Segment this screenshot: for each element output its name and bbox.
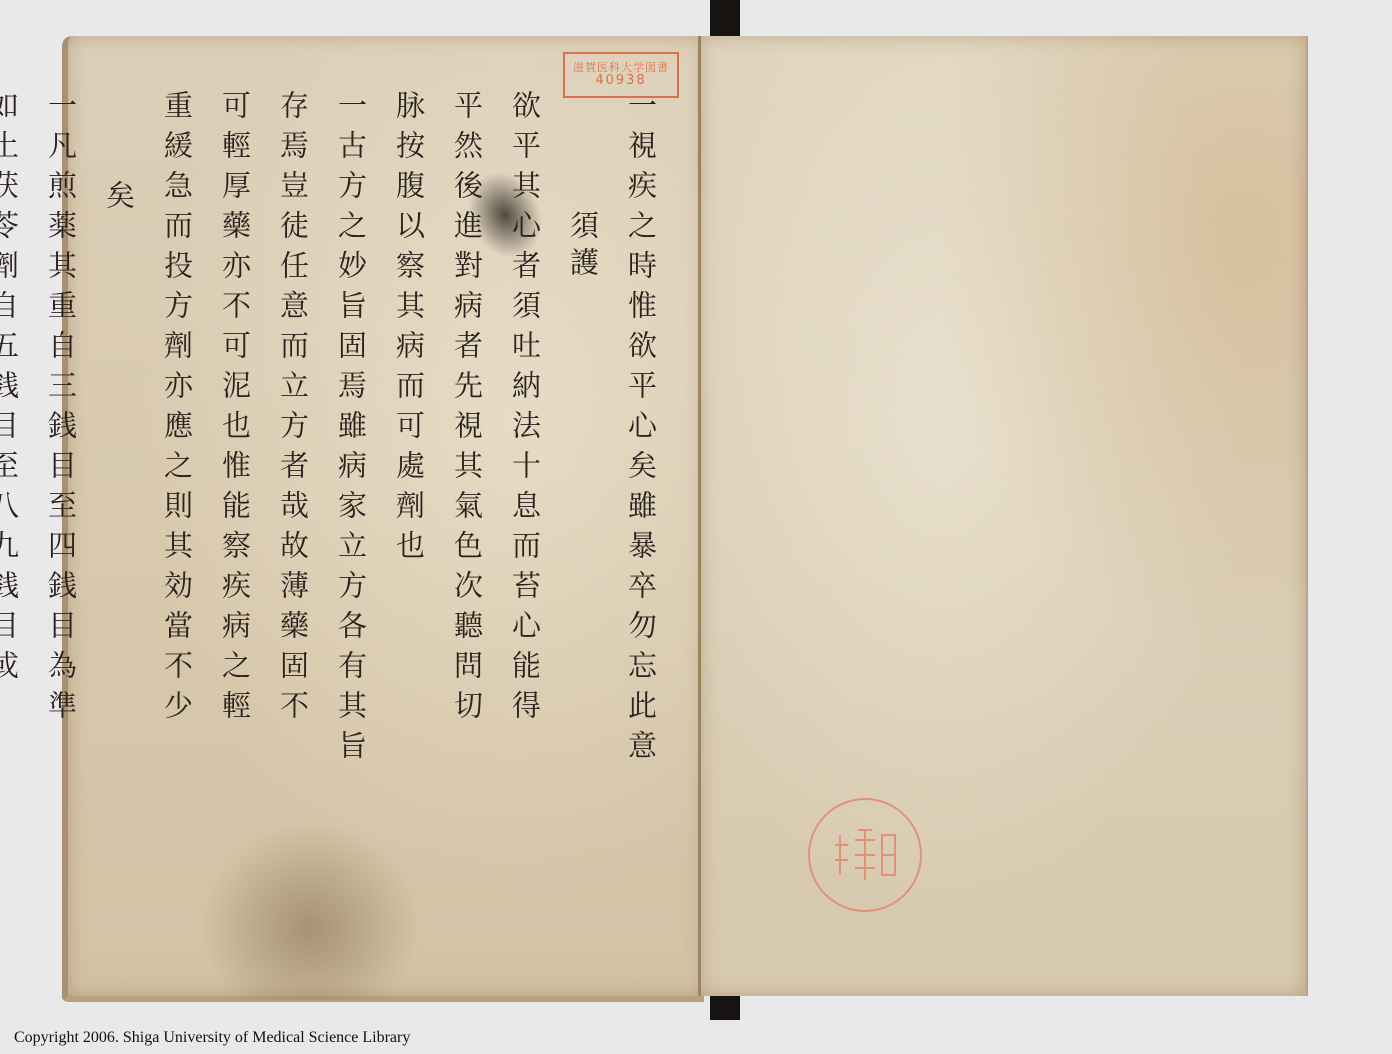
text-column: 可輕厚藥亦不可泥也惟能察疾病之輕	[206, 90, 264, 970]
copyright-caption: Copyright 2006. Shiga University of Medi…	[14, 1029, 410, 1047]
right-page	[700, 36, 1308, 996]
text-column: 如土茯苓劑自五銭目至八九銭目或	[0, 90, 32, 970]
text-column: 存焉豈徒任意而立方者哉故薄藥固不	[264, 90, 322, 970]
section-title: 須護	[554, 90, 612, 970]
text-column: 脉按腹以察其病而可處劑也	[380, 90, 438, 970]
text-column: 一古方之妙旨固焉雖病家立方各有其旨	[322, 90, 380, 970]
text-column: 一凡煎薬其重自三銭目至四銭目為準	[32, 90, 90, 970]
text-column: 平然後進對病者先視其氣色次聽問切	[438, 90, 496, 970]
seal-glyph-icon	[830, 820, 900, 890]
text-column: 矣	[90, 90, 148, 970]
vertical-text-body: 一視疾之時惟欲平心矣雖暴卒勿忘此意 須護 欲平其心者須吐納法十息而苔心能得 平然…	[70, 90, 670, 970]
text-column: 一視疾之時惟欲平心矣雖暴卒勿忘此意	[612, 90, 670, 970]
text-column: 重緩急而投方劑亦應之則其効當不少	[148, 90, 206, 970]
text-column: 欲平其心者須吐納法十息而苔心能得	[496, 90, 554, 970]
page-fold	[698, 36, 701, 996]
stamp-accession-number: 40938	[595, 74, 646, 88]
book-spine-top	[710, 0, 740, 40]
collector-seal	[808, 798, 922, 912]
